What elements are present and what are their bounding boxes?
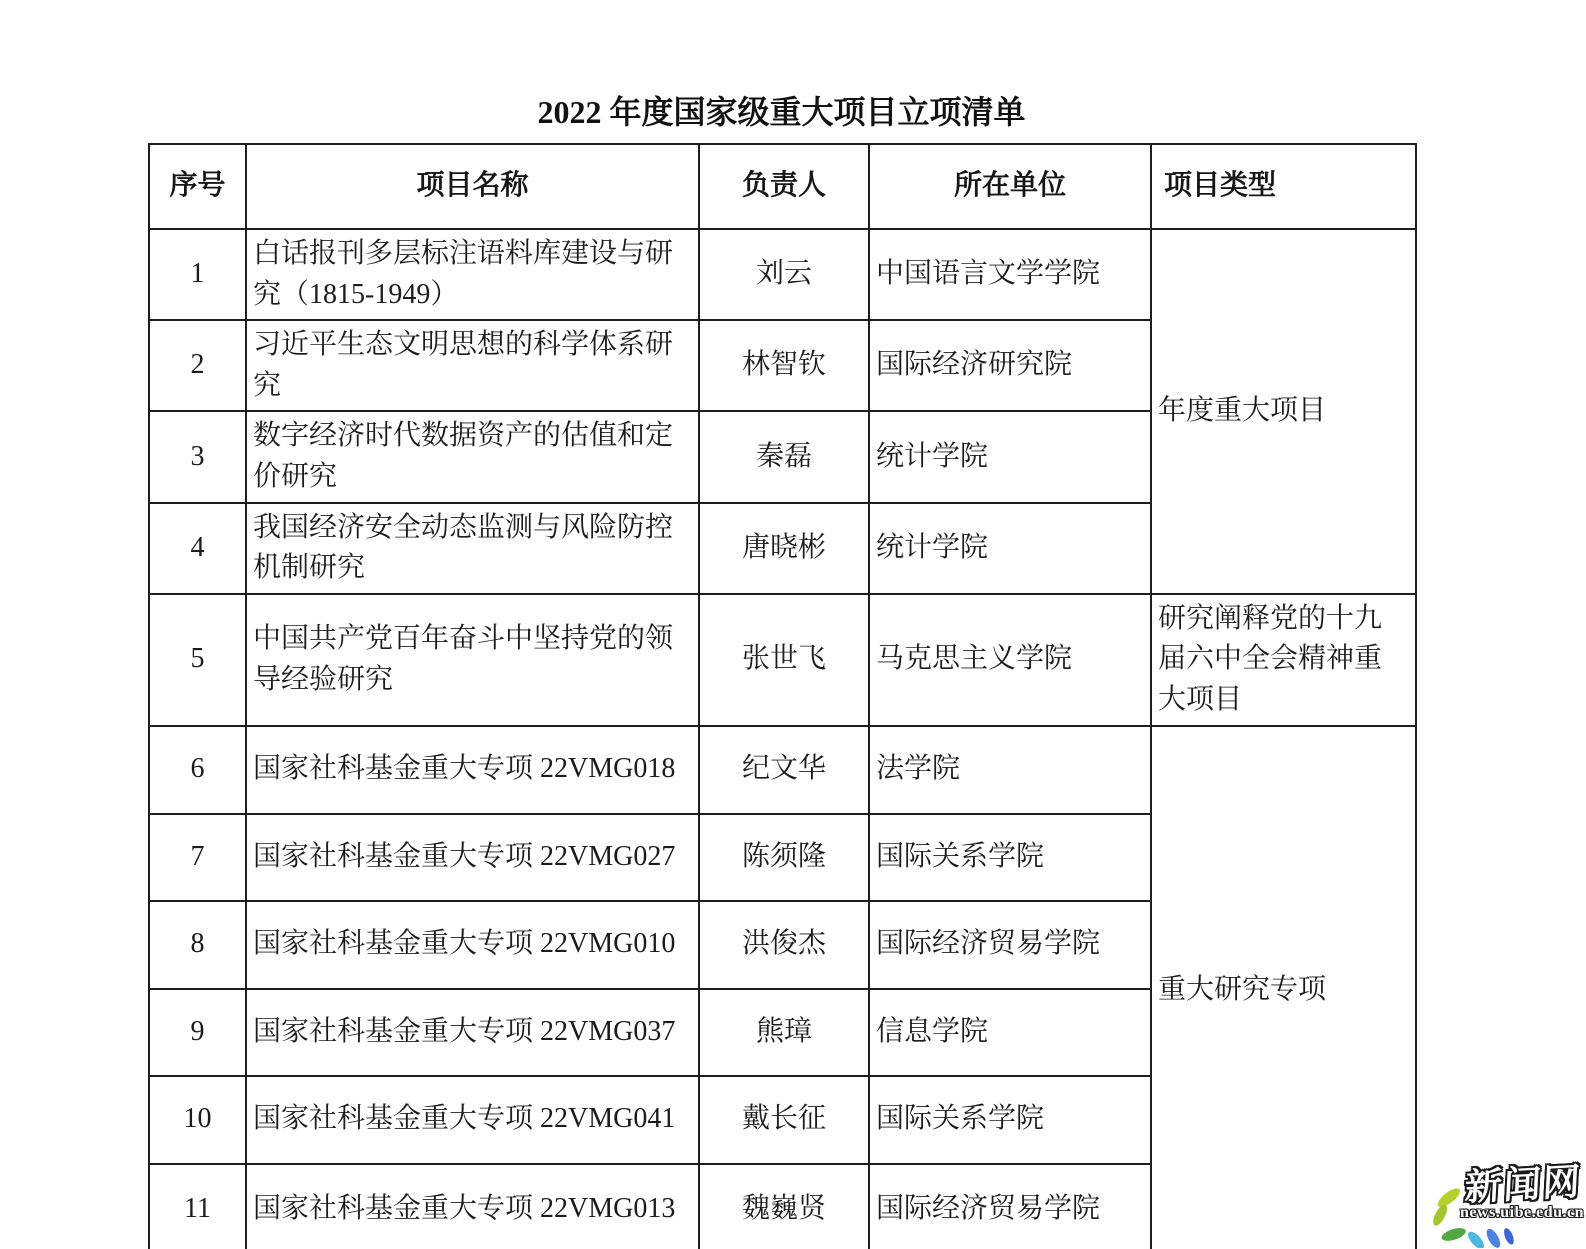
cell-no: 7 xyxy=(149,814,246,901)
cell-name: 国家社科基金重大专项 22VMG037 xyxy=(246,989,699,1076)
table-row: 6 国家社科基金重大专项 22VMG018 纪文华 法学院 重大研究专项 xyxy=(149,726,1416,814)
cell-unit: 国际经济研究院 xyxy=(869,320,1151,411)
type-cell-annual-major: 年度重大项目 xyxy=(1151,229,1416,594)
cell-no: 8 xyxy=(149,901,246,989)
cell-unit: 法学院 xyxy=(869,726,1151,814)
cell-name: 中国共产党百年奋斗中坚持党的领导经验研究 xyxy=(246,594,699,726)
page-title: 2022 年度国家级重大项目立项清单 xyxy=(148,92,1415,134)
document-page: 2022 年度国家级重大项目立项清单 序号 项目名称 负责人 所在单位 项目类型… xyxy=(0,0,1586,1249)
cell-person: 纪文华 xyxy=(699,726,869,814)
cell-no: 4 xyxy=(149,503,246,594)
cell-person: 唐晓彬 xyxy=(699,503,869,594)
type-cell-plenum-spirit: 研究阐释党的十九届六中全会精神重大项目 xyxy=(1151,594,1416,726)
cell-unit: 国际关系学院 xyxy=(869,814,1151,901)
cell-name: 我国经济安全动态监测与风险防控机制研究 xyxy=(246,503,699,594)
projects-table: 序号 项目名称 负责人 所在单位 项目类型 1 白话报刊多层标注语料库建设与研究… xyxy=(148,143,1417,1249)
cell-no: 5 xyxy=(149,594,246,726)
cell-name: 国家社科基金重大专项 22VMG041 xyxy=(246,1076,699,1164)
cell-unit: 国际关系学院 xyxy=(869,1076,1151,1164)
cell-unit: 中国语言文学学院 xyxy=(869,229,1151,320)
cell-person: 洪俊杰 xyxy=(699,901,869,989)
cell-person: 张世飞 xyxy=(699,594,869,726)
cell-person: 林智钦 xyxy=(699,320,869,411)
watermark-logo-text: 新闻网 xyxy=(1464,1151,1584,1211)
header-cell-no: 序号 xyxy=(149,144,246,229)
header-cell-unit: 所在单位 xyxy=(869,144,1151,229)
cell-person: 戴长征 xyxy=(699,1076,869,1164)
cell-unit: 统计学院 xyxy=(869,503,1151,594)
header-cell-type: 项目类型 xyxy=(1151,144,1416,229)
cell-no: 1 xyxy=(149,229,246,320)
cell-name: 白话报刊多层标注语料库建设与研究（1815-1949） xyxy=(246,229,699,320)
cell-unit: 统计学院 xyxy=(869,411,1151,502)
cell-person: 秦磊 xyxy=(699,411,869,502)
cell-name: 国家社科基金重大专项 22VMG018 xyxy=(246,726,699,814)
cell-unit: 信息学院 xyxy=(869,989,1151,1076)
cell-no: 11 xyxy=(149,1164,246,1249)
cell-person: 熊璋 xyxy=(699,989,869,1076)
watermark-site-url: news.uibe.edu.cn xyxy=(1460,1204,1584,1222)
cell-person: 刘云 xyxy=(699,229,869,320)
type-cell-major-research-special: 重大研究专项 xyxy=(1151,726,1416,1249)
table-row: 5 中国共产党百年奋斗中坚持党的领导经验研究 张世飞 马克思主义学院 研究阐释党… xyxy=(149,594,1416,726)
cell-unit: 马克思主义学院 xyxy=(869,594,1151,726)
header-cell-person: 负责人 xyxy=(699,144,869,229)
cell-name: 国家社科基金重大专项 22VMG013 xyxy=(246,1164,699,1249)
cell-no: 2 xyxy=(149,320,246,411)
cell-unit: 国际经济贸易学院 xyxy=(869,901,1151,989)
header-row: 序号 项目名称 负责人 所在单位 项目类型 xyxy=(149,144,1416,229)
cell-unit: 国际经济贸易学院 xyxy=(869,1164,1151,1249)
table-row: 1 白话报刊多层标注语料库建设与研究（1815-1949） 刘云 中国语言文学学… xyxy=(149,229,1416,320)
cell-name: 国家社科基金重大专项 22VMG010 xyxy=(246,901,699,989)
cell-no: 10 xyxy=(149,1076,246,1164)
cell-name: 国家社科基金重大专项 22VMG027 xyxy=(246,814,699,901)
header-cell-name: 项目名称 xyxy=(246,144,699,229)
cell-person: 魏巍贤 xyxy=(699,1164,869,1249)
watermark-logo: 新闻网 news.uibe.edu.cn xyxy=(1398,1140,1584,1248)
cell-no: 3 xyxy=(149,411,246,502)
cell-no: 6 xyxy=(149,726,246,814)
cell-name: 数字经济时代数据资产的估值和定价研究 xyxy=(246,411,699,502)
cell-name: 习近平生态文明思想的科学体系研究 xyxy=(246,320,699,411)
cell-no: 9 xyxy=(149,989,246,1076)
cell-person: 陈须隆 xyxy=(699,814,869,901)
